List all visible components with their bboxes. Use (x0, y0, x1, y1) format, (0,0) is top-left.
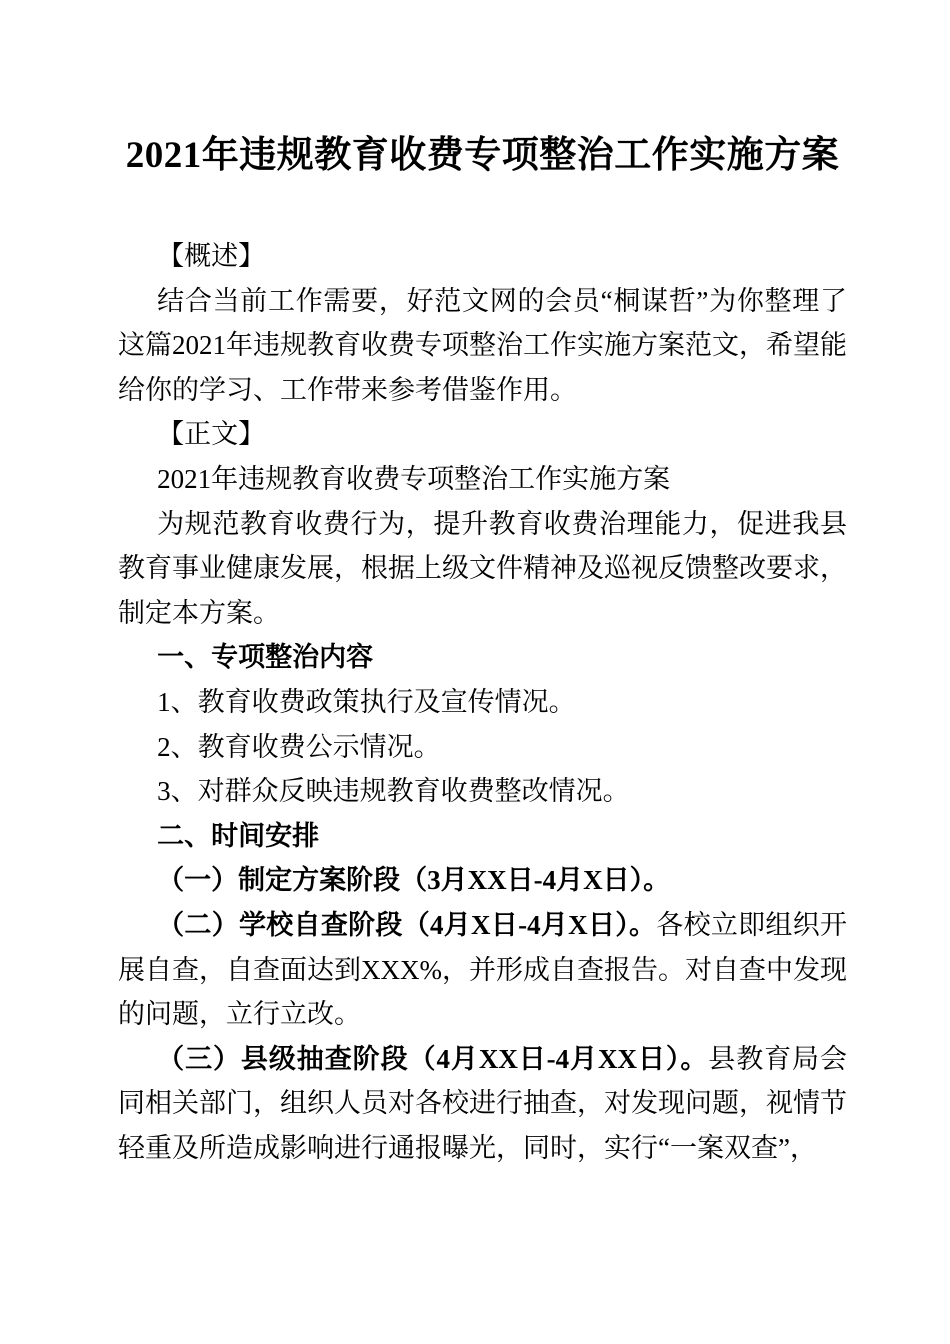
phase-1-lead: （一）制定方案阶段（3月XX日-4月X日）。 (157, 865, 670, 895)
paragraph-overview: 结合当前工作需要，好范文网的会员“桐谋哲”为你整理了这篇2021年违规教育收费专… (118, 279, 847, 413)
document-page: 2021年违规教育收费专项整治工作实施方案 【概述】 结合当前工作需要，好范文网… (0, 0, 950, 1344)
paragraph-phase-3: （三）县级抽查阶段（4月XX日-4月XX日）。县教育局会同相关部门，组织人员对各… (118, 1037, 847, 1171)
section-label-overview: 【概述】 (118, 234, 847, 279)
paragraph-subtitle: 2021年违规教育收费专项整治工作实施方案 (118, 457, 847, 502)
paragraph-purpose: 为规范教育收费行为，提升教育收费治理能力，促进我县教育事业健康发展，根据上级文件… (118, 502, 847, 636)
phase-3-lead: （三）县级抽查阶段（4月XX日-4月XX日）。 (157, 1044, 708, 1074)
paragraph-phase-1: （一）制定方案阶段（3月XX日-4月X日）。 (118, 858, 847, 903)
document-body: 【概述】 结合当前工作需要，好范文网的会员“桐谋哲”为你整理了这篇2021年违规… (118, 234, 847, 1170)
list-item-3: 3、对群众反映违规教育收费整改情况。 (118, 769, 847, 814)
heading-section-2: 二、时间安排 (118, 814, 847, 859)
section-label-body: 【正文】 (118, 412, 847, 457)
document-title: 2021年违规教育收费专项整治工作实施方案 (118, 132, 847, 180)
list-item-2: 2、教育收费公示情况。 (118, 725, 847, 770)
heading-section-1: 一、专项整治内容 (118, 635, 847, 680)
paragraph-phase-2: （二）学校自查阶段（4月X日-4月X日）。各校立即组织开展自查，自查面达到XXX… (118, 903, 847, 1037)
list-item-1: 1、教育收费政策执行及宣传情况。 (118, 680, 847, 725)
phase-2-lead: （二）学校自查阶段（4月X日-4月X日）。 (157, 910, 656, 940)
